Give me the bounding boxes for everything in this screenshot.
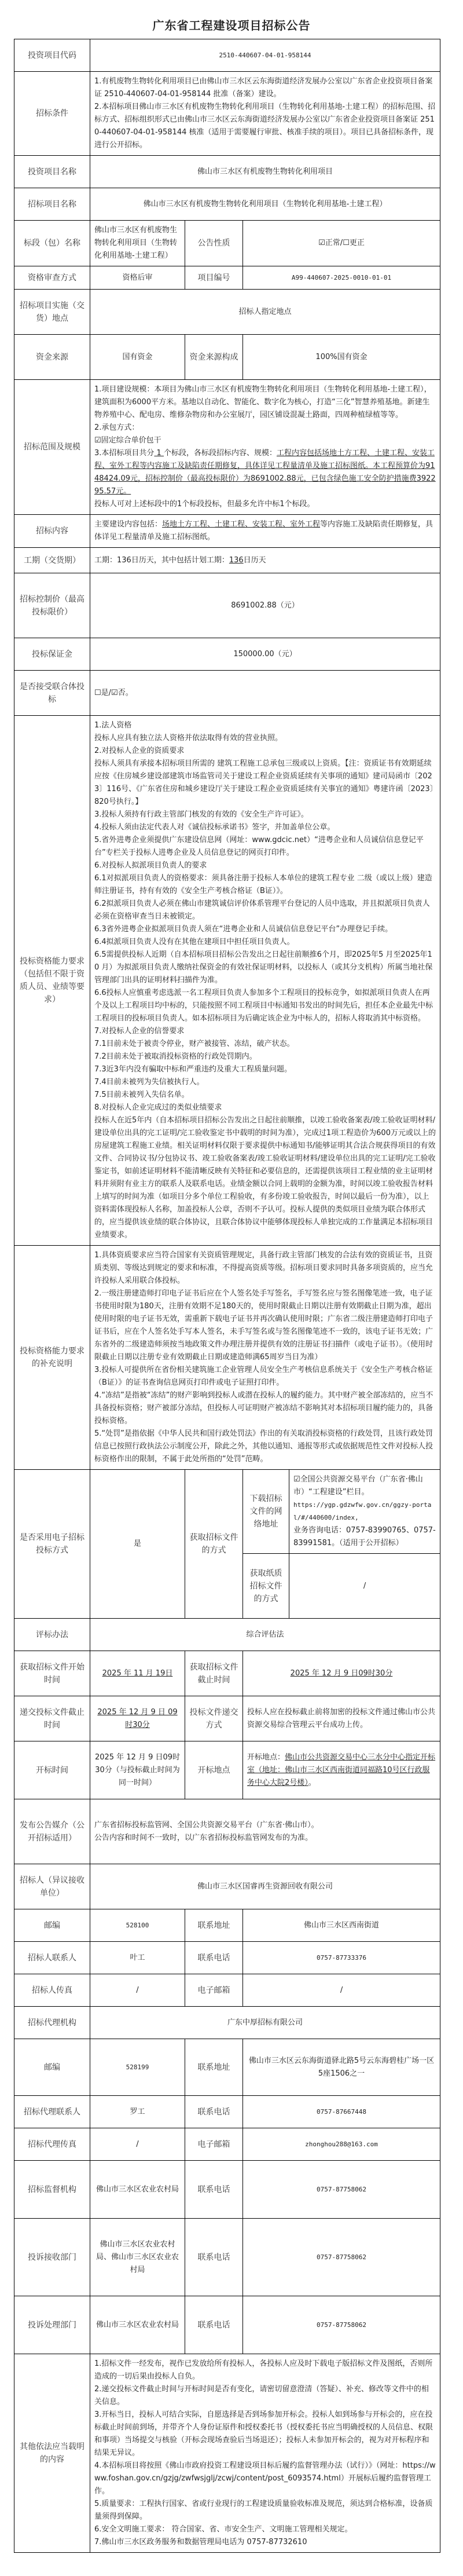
label: 项目编号 [185,266,243,290]
row-agency-contact: 招标代理联系人 罗工 联系电话 0757-87667448 [14,2096,440,2128]
investment-code-value: 2510-440607-04-01-958144 [90,39,440,72]
row-consortium: 是否接受联合体投标 ☐是/☑否。 [14,671,440,716]
row-content: 招标内容 主要建设内容包括：场地土方工程、土建工程、安装工程、室外工程等内容施工… [14,515,440,548]
supervision-value: 佛山市三水区农业农村局 [90,2161,185,2219]
label: 邮编 [14,1909,90,1942]
email-link[interactable]: zhonghou288@163.com [243,2128,440,2161]
label: 是否接受联合体投标 [14,671,90,716]
scope-para: 投标人可对上述标段中的1个标段投标，但最多允许中标1个标段。 [94,498,436,511]
list-item: 7.3近3年内没有骗取中标和严重违约及重大工程质量问题。 [94,1063,436,1076]
review-value: 资格后审 [90,266,185,290]
fax-value: / [90,1974,185,2007]
label: 电子邮箱 [185,2128,243,2161]
media-value: 广东省招标投标监管网、全国公共资源交易平台（广东省·佛山市）。 公告内容和时间不… [90,1799,440,1864]
label: 联系电话 [185,2296,243,2354]
row-tenderer: 招标人（异议接收单位） 佛山市三水区国睿再生资源回收有限公司 [14,1864,440,1909]
list-item: 7.佛山市三水区政务服务和数据管理局电话为 0757-87732610 [94,2536,436,2549]
tenderer-value: 佛山市三水区国睿再生资源回收有限公司 [90,1864,440,1909]
list-item: 4.投标人须由法定代表人对《诚信投标承诺书》签字，并加盖单位公章。 [94,821,436,834]
complaint-receive-value: 佛山市三水区农业农村局、佛山市三水区农业农村局 [90,2219,185,2296]
label: 联系电话 [185,2219,243,2296]
deposit-value: 150000.00（元） [90,638,440,671]
row-period: 工期（交货期） 工期：136日历天，其中包括计划工期：136日历天 [14,548,440,573]
row-investment-code: 投资项目代码 2510-440607-04-01-958144 [14,39,440,72]
label: 资金来源 [14,335,90,380]
row-complaint-receive: 投诉接收部门 佛山市三水区农业农村局、佛山市三水区农业农村局 联系电话 0757… [14,2219,440,2296]
section-value: 佛山市三水区有机废物生物转化利用项目（生物转化利用基地-土建工程） [90,221,185,266]
list-item: 6.1对拟派项目负责人的资格要求：须具备注册于投标人本单位的建筑工程专业 二级（… [94,872,436,898]
phone-value: 0757-87733376 [243,1942,440,1974]
label: 投资项目代码 [14,39,90,72]
list-item: 5.省外进粤企业须提供广东建设信息网（网址：www.gdcic.net）“进粤企… [94,834,436,859]
location-value: 招标人指定地点 [90,290,440,335]
list-item: 6.5需提供投标人近期（自本招标项目招标公告发出之日起往前顺推6个月，即2025… [94,949,436,987]
row-tenderer-fax: 招标人传真 / 电子邮箱 / [14,1974,440,2007]
funds-composition-value: 100%国有资金 [243,335,440,380]
label: 投标资格能力要求的补充说明 [14,1246,90,1470]
list-item: 1.招标文件一经发布，视作已发放给所有投标人，各投标人应及时下载电子版招标文件及… [94,2358,436,2383]
row-funds: 资金来源 国有资金 资金来源构成 100%国有资金 [14,335,440,380]
list-item: 3.投标人须持有行政主管部门核发的有效的《安全生产许可证》。 [94,808,436,821]
phone-value: 0757-87758062 [243,2296,440,2354]
page-title: 广东省工程建设项目招标公告 [0,0,463,39]
text: 个标段，各标段招标内容、规模： [164,449,277,458]
media-line: 广东省招标投标监管网、全国公共资源交易平台（广东省·佛山市）。 [94,1819,436,1832]
label: 投资项目名称 [14,156,90,188]
label: 招标监督机构 [14,2161,90,2219]
list-item: 7.1目前未处于被责令停业，财产被接管、冻结，破产状态。 [94,1038,436,1051]
content-value: 主要建设内容包括：场地土方工程、土建工程、安装工程、室外工程等内容施工及缺陷责任… [90,515,440,548]
label: 联系地址 [185,2039,243,2096]
address-value: 佛山市三水区云东海街道驿北路5号云东海碧桂广场一区5座1506之一 [243,2039,440,2096]
label: 邮编 [14,2039,90,2096]
list-item: 6.6投标人应慎重考虑选派一名工程项目负责人参加多个工程项目的投标竞争，如拟派项… [94,987,436,1025]
label: 获取招标文件的方式 [185,1470,243,1619]
evaluation-value: 综合评估法 [90,1619,440,1651]
text: 工期：136日历天，其中包括计划工期： [94,556,229,565]
label: 招标人传真 [14,1974,90,2007]
submit-deadline-value: 2025 年 12 月 9 日 09时30分 [90,1696,185,1741]
list-item: 4.“冻结”是指被“冻结”的财产影响到投标人或潜在投标人的履约能力。其中财产被全… [94,1389,436,1428]
consortium-checkbox: ☐是/☑否。 [90,671,440,716]
email-value: / [243,1974,440,2007]
label: 投标保证金 [14,638,90,671]
list-item: 投标人在近5年内（自本招标项目招标公告发出之日起往前顺推，以竣工验收备案表/竣工… [94,1114,436,1242]
investment-name-value: 佛山市三水区有机废物生物转化利用项目 [90,156,440,188]
scope-para: 3.本招标项目共分 1 个标段，各标段招标内容、规模：工程内容包括场地土方工程、… [94,447,436,498]
label: 下载招标文件的网络地址 [243,1470,289,1554]
row-tenderer-postcode: 邮编 528100 联系地址 佛山市三水区西南街道 [14,1909,440,1942]
complaint-handle-value: 佛山市三水区农业农村局 [90,2296,185,2354]
label: 招标范围及规模 [14,380,90,515]
list-item: 2.递交投标文件截止时间与开标时间是否有变化，请密切留意澄清（答疑）、补充、修改… [94,2383,436,2409]
label: 招标代理联系人 [14,2096,90,2128]
row-supplement: 投标资格能力要求的补充说明 1.具体资质要求应当符合国家有关资质管理规定，具备行… [14,1246,440,1470]
conditions-value: 1.有机废物生物转化利用项目已由佛山市三水区云东海街道经济发展办公室以广东省企业… [90,72,440,156]
row-control-price: 招标控制价（最高投标限价） 8691002.88（元） [14,573,440,638]
notice-table: 投资项目代码 2510-440607-04-01-958144 招标条件 1.有… [14,39,440,2553]
condition-para: 1.有机废物生物转化利用项目已由佛山市三水区云东海街道经济发展办公室以广东省企业… [94,75,436,101]
platform-checkbox: ☑全国公共资源交易平台（广东省·佛山市）“工程建设”栏目。 [293,1473,436,1499]
list-item: 4.本招标项目将按照《佛山市政府投资工程建设项目标后履约监督管理办法（试行）》（… [94,2460,436,2498]
submit-method-value: 投标人应在投标截止前将加密的投标文件通过佛山市公共资源交易综合管理云平台成功上传… [243,1696,440,1741]
other-value: 1.招标文件一经发布，视作已发放给所有投标人，各投标人应及时下载电子版招标文件及… [90,2354,440,2553]
row-conditions: 招标条件 1.有机废物生物转化利用项目已由佛山市三水区云东海街道经济发展办公室以… [14,72,440,156]
label: 资金来源构成 [185,335,243,380]
list-item: 1.法人资格 [94,719,436,732]
row-obtain: 获取招标文件开始时间 2025 年 11 月 19日 获取招标文件截止时间 20… [14,1651,440,1696]
list-item: 投标人须具有承接本招标项目所需的 建筑工程施工总承包三级或以上资质。【注：资质证… [94,758,436,808]
consult-phone: 业务咨询电话：0757-83990765、0757-83991581。（适用于公… [293,1524,436,1550]
address-value: 佛山市三水区西南街道 [243,1909,440,1942]
label: 招标代理机构 [14,2007,90,2039]
list-item: 8.对投标人企业完成过的类似业绩要求 [94,1102,436,1114]
condition-para: 2.本招标项目佛山市三水区有机废物生物转化利用项目（生物转化利用基地-土建工程）… [94,101,436,152]
list-item: 1.具体资质要求应当符合国家有关资质管理规定，具备行政主管部门核发的合法有效的资… [94,1249,436,1287]
list-item: 2.一级注册建造师打印电子证书后应在个人签名处手写签名，手写签名应与签名图像笔迹… [94,1287,436,1364]
opening-time-value: 2025 年 12 月 9 日09时30分（与投标截止时间为同一时间） [90,1741,185,1799]
download-address: ☑全国公共资源交易平台（广东省·佛山市）“工程建设”栏目。 https://yg… [289,1470,440,1554]
text: 136 [229,556,244,565]
label: 获取招标文件截止时间 [185,1651,243,1696]
list-item: 2.对投标人企业的资质要求 [94,745,436,758]
row-scope: 招标范围及规模 1.项目建设规模：本项目为佛山市三水区有机废物生物转化利用项目（… [14,380,440,515]
postcode-value: 528100 [90,1909,185,1942]
text: 场地土方工程、土建工程、安装工程、室外工程 [162,520,320,529]
row-location: 招标项目实施（交货）地点 招标人指定地点 [14,290,440,335]
list-item: 投标人应具有独立法人资格并依法取得有效的营业执照。 [94,732,436,745]
label: 获取招标文件开始时间 [14,1651,90,1696]
list-item: 7.4目前未被列为失信被执行人。 [94,1076,436,1089]
label: 招标人联系人 [14,1942,90,1974]
list-item: 7.5目前未被列入失信名单。 [94,1089,436,1102]
agency-value: 广东中厚招标有限公司 [90,2007,440,2039]
tender-name-value: 佛山市三水区有机废物生物转化利用项目（生物转化利用基地-土建工程） [90,188,440,221]
phone-value: 0757-87758062 [243,2161,440,2219]
label: 评标办法 [14,1619,90,1651]
label: 投诉接收部门 [14,2219,90,2296]
label: 招标人（异议接收单位） [14,1864,90,1909]
label: 其他依法应当载明的内容 [14,2354,90,2553]
contact-value: 罗工 [90,2096,185,2128]
postcode-value: 528199 [90,2039,185,2096]
text: 主要建设内容包括： [94,520,162,529]
label: 联系地址 [185,1909,243,1942]
scope-value: 1.项目建设规模：本项目为佛山市三水区有机废物生物转化利用项目（生物转化利用基地… [90,380,440,515]
list-item: 3.开标当日，投标人可结合实际，自愿选择是否到场参加开标会。投标人如到场参与开标… [94,2409,436,2460]
row-media: 发布公告媒介（公开招标适用） 广东省招标投标监管网、全国公共资源交易平台（广东省… [14,1799,440,1864]
label: 递交投标文件截止时间 [14,1696,90,1741]
label: 投诉处理部门 [14,2296,90,2354]
label: 获取纸质招标文件的方式 [243,1554,289,1619]
label: 招标代理传真 [14,2128,90,2161]
row-submit: 递交投标文件截止时间 2025 年 12 月 9 日 09时30分 投标文件递交… [14,1696,440,1741]
qualification-value: 1.法人资格 投标人应具有独立法人资格并依法取得有效的营业执照。 2.对投标人企… [90,716,440,1246]
label: 招标内容 [14,515,90,548]
paper-value: / [289,1554,440,1619]
label: 开标地点 [185,1741,243,1799]
label: 投标文件递交方式 [185,1696,243,1741]
list-item: 6.4拟派项目负责人没有在其他在建项目中担任项目负责人。 [94,936,436,949]
text: 日历天 [244,556,266,565]
list-item: 6.安全文明施工要求： 符合国家、省、市安全生产、文明施工管理相关规定。 [94,2523,436,2536]
label: 投标资格能力要求（包括但不限于资质人员、业绩等要求） [14,716,90,1246]
contract-type-checkbox: ☑固定综合单价包干 [94,434,436,447]
label: 发布公告媒介（公开招标适用） [14,1799,90,1864]
label: 招标条件 [14,72,90,156]
control-price-value: 8691002.88（元） [90,573,440,638]
page-bottom-spacer [0,2553,463,2576]
row-electronic-download: 是否采用电子招标投标方式 是 获取招标文件的方式 下载招标文件的网络地址 ☑全国… [14,1470,440,1554]
opening-place-value: 开标地点：佛山市公共资源交易中心三水分中心指定开标室（地址：佛山市三水区西南街道… [243,1741,440,1799]
phone-value: 0757-87758062 [243,2219,440,2296]
text: 。 [308,1779,316,1787]
funds-value: 国有资金 [90,335,185,380]
label: 招标控制价（最高投标限价） [14,573,90,638]
list-item: 7.对投标人企业的信誉要求 [94,1025,436,1038]
label: 标段（包）名称 [14,221,90,266]
label: 开标时间 [14,1741,90,1799]
text: 3.本招标项目共分 [94,449,154,458]
label: 招标项目名称 [14,188,90,221]
contact-value: 叶工 [90,1942,185,1974]
list-item: 7.2目前未处于被取消投标资格的行政处罚期内。 [94,1051,436,1063]
label: 工期（交货期） [14,548,90,573]
row-agency-postcode: 邮编 528199 联系地址 佛山市三水区云东海街道驿北路5号云东海碧桂广场一区… [14,2039,440,2096]
row-section: 标段（包）名称 佛山市三水区有机废物生物转化利用项目（生物转化利用基地-土建工程… [14,221,440,266]
text: 开标地点： [247,1753,285,1762]
obtain-start-value: 2025 年 11 月 19日 [90,1651,185,1696]
label: 联系电话 [185,1942,243,1974]
list-item: 6.3省外进粤企业拟派项目负责人须在“进粤企业和人员诚信信息登记平台”办理登记手… [94,923,436,936]
list-item: 6.对投标人拟派项目负责人的要求 [94,859,436,872]
row-investment-name: 投资项目名称 佛山市三水区有机废物生物转化利用项目 [14,156,440,188]
section-count: 1 [154,449,164,458]
label: 是否采用电子招标投标方式 [14,1470,90,1619]
row-opening: 开标时间 2025 年 12 月 9 日09时30分（与投标截止时间为同一时间）… [14,1741,440,1799]
project-code-value: A99-440607-2025-0010-01-01 [243,266,440,290]
row-qualification: 投标资格能力要求（包括但不限于资质人员、业绩等要求） 1.法人资格 投标人应具有… [14,716,440,1246]
row-deposit: 投标保证金 150000.00（元） [14,638,440,671]
list-item: 5.“处罚”是指依据《中华人民共和国行政处罚法》作出的有关取消投标资格的行政处罚… [94,1428,436,1466]
row-tenderer-contact: 招标人联系人 叶工 联系电话 0757-87733376 [14,1942,440,1974]
row-complaint-handle: 投诉处理部门 佛山市三水区农业农村局 联系电话 0757-87758062 [14,2296,440,2354]
period-value: 工期：136日历天，其中包括计划工期：136日历天 [90,548,440,573]
obtain-end-value: 2025 年 12 月 9 日09时30分 [243,1651,440,1696]
label: 电子邮箱 [185,1974,243,2007]
label: 资格审查方式 [14,266,90,290]
label: 公告性质 [185,221,243,266]
label: 联系电话 [185,2161,243,2219]
label: 招标项目实施（交货）地点 [14,290,90,335]
scope-para: 1.项目建设规模：本项目为佛山市三水区有机废物生物转化利用项目（生物转化利用基地… [94,383,436,422]
row-tender-name: 招标项目名称 佛山市三水区有机废物生物转化利用项目（生物转化利用基地-土建工程） [14,188,440,221]
fax-value: / [90,2128,185,2161]
row-other: 其他依法应当载明的内容 1.招标文件一经发布，视作已发放给所有投标人，各投标人应… [14,2354,440,2553]
row-agency-fax: 招标代理传真 / 电子邮箱 zhonghou288@163.com [14,2128,440,2161]
row-review: 资格审查方式 资格后审 项目编号 A99-440607-2025-0010-01… [14,266,440,290]
electronic-value: 是 [90,1470,185,1619]
label: 联系电话 [185,2096,243,2128]
supplement-value: 1.具体资质要求应当符合国家有关资质管理规定，具备行政主管部门核发的合法有效的资… [90,1246,440,1470]
download-link[interactable]: https://ygp.gdzwfw.gov.cn/ggzy-portal/#/… [293,1499,436,1524]
list-item: 5.质量要求：工程执行国家、省或行业现行的工程建设质量验收标准及规范，须达到合格… [94,2498,436,2523]
media-line: 公告内容和时间不一致时，以广东省招标投标监管网发布的为准。 [94,1832,436,1845]
phone-value: 0757-87667448 [243,2096,440,2128]
row-evaluation: 评标办法 综合评估法 [14,1619,440,1651]
scope-para: 2.承包方式： [94,422,436,434]
list-item: 6.2拟派项目负责人必须在佛山市建筑诚信评价体系管理平台登记的人员中选取，并且拟… [94,898,436,923]
notice-nature-checkbox: ☑正常/☐更正 [243,221,440,266]
row-agency: 招标代理机构 广东中厚招标有限公司 [14,2007,440,2039]
list-item: 3.投标人可提供所在省份相关建筑施工企业管理人员安全生产考核信息系统关于《安全生… [94,1364,436,1389]
